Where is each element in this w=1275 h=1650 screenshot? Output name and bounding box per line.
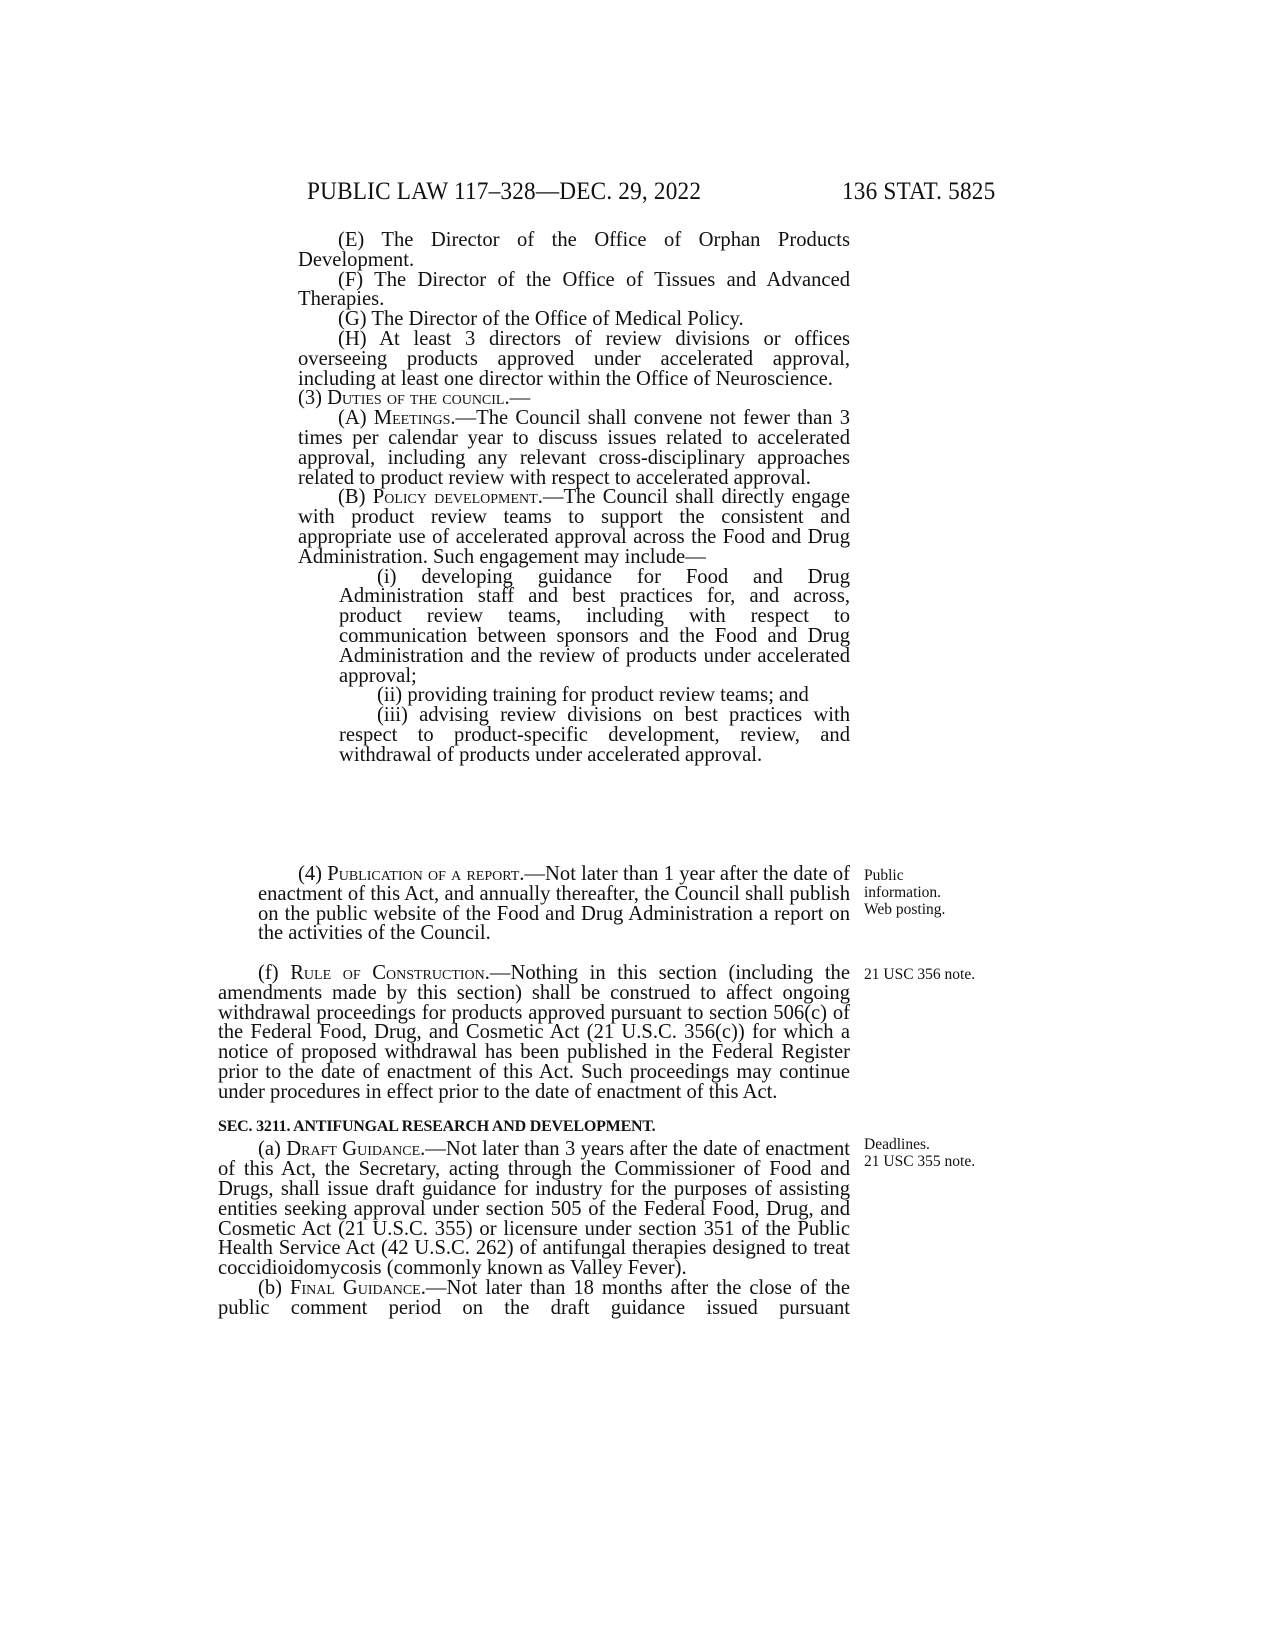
- item-iii: (iii) advising review divisions on best …: [339, 706, 850, 765]
- paragraph-f: (F) The Director of the Office of Tissue…: [298, 271, 850, 311]
- paragraph-final-guidance: (b) Final Guidance.—Not later than 18 mo…: [218, 1279, 850, 1319]
- page-header: PUBLIC LAW 117–328—DEC. 29, 2022 136 STA…: [0, 178, 1275, 208]
- margin-note-deadlines: Deadlines. 21 USC 355 note.: [864, 1136, 975, 1170]
- publication-column: (4) Publication of a report.—Not later t…: [258, 865, 850, 944]
- rule-column: (f) Rule of Construction.—Nothing in thi…: [218, 964, 850, 1319]
- paragraph-policy-development: (B) Policy development.—The Council shal…: [298, 488, 850, 567]
- statute-page-number: 136 STAT. 5825: [842, 178, 995, 206]
- item-i: (i) developing guidance for Food and Dru…: [339, 568, 850, 687]
- main-column: (E) The Director of the Office of Orphan…: [298, 231, 850, 766]
- paragraph-meetings: (A) Meetings.—The Council shall convene …: [298, 409, 850, 488]
- paragraph-publication: (4) Publication of a report.—Not later t…: [258, 865, 850, 944]
- margin-note-21-usc-356: 21 USC 356 note.: [864, 966, 975, 983]
- paragraph-rule-of-construction: (f) Rule of Construction.—Nothing in thi…: [218, 964, 850, 1103]
- section-heading: SEC. 3211. ANTIFUNGAL RESEARCH AND DEVEL…: [218, 1117, 850, 1137]
- paragraph-draft-guidance: (a) Draft Guidance.—Not later than 3 yea…: [218, 1140, 850, 1279]
- law-title: PUBLIC LAW 117–328—DEC. 29, 2022: [307, 178, 701, 206]
- paragraph-h: (H) At least 3 directors of review divis…: [298, 330, 850, 389]
- paragraph-e: (E) The Director of the Office of Orphan…: [298, 231, 850, 271]
- margin-note-public-information: Public information. Web posting.: [864, 867, 945, 918]
- policy-items: (i) developing guidance for Food and Dru…: [298, 568, 850, 766]
